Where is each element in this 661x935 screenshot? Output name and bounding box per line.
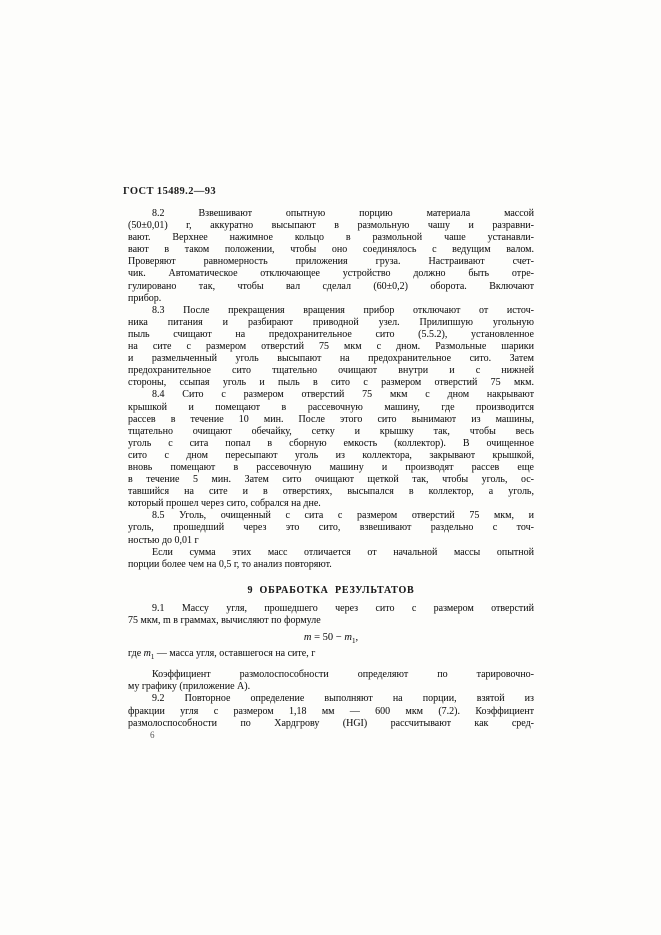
text-line: чик. Автоматическое отключающее устройст… [128,268,534,280]
formula-variable-m: m [304,632,312,643]
text-line: 8.5 Уголь, очищенный с сита с размером о… [128,510,534,522]
text-line: размолоспособности по Хардгрову (HGI) ра… [128,718,534,730]
legend-definition: — масса угля, оставшегося на сите, г [154,648,315,659]
text-line: на сите с размером отверстий 75 мкм с дн… [128,341,534,353]
text-line: гулировано так, чтобы вал сделал (60±0,2… [128,281,534,293]
section-9-heading: 9 ОБРАБОТКА РЕЗУЛЬТАТОВ [128,585,534,597]
text-line: вают. Верхнее нажимное кольцо в размольн… [128,232,534,244]
text-line: в течение 5 мин. Затем сито очищают щетк… [128,474,534,486]
formula-legend-line: где m1 — масса угля, оставшегося на сите… [128,648,534,660]
paragraph-8-5: 8.5 Уголь, очищенный с сита с размером о… [128,510,534,546]
text-line: вновь помещают в рассевочную машину и пр… [128,462,534,474]
text-line: пыль счищают на предохранительное сито (… [128,329,534,341]
text-line: крышкой и помещают в рассевочную машину,… [128,402,534,414]
text-line: уголь, прошедший через это сито, взвешив… [128,522,534,534]
paragraph-9-2: 9.2 Повторное определение выполняют на п… [128,693,534,729]
text-line: (50±0,01) г, аккуратно высыпают в размол… [128,220,534,232]
legend-variable-m1: m [144,648,151,659]
text-line: 9.2 Повторное определение выполняют на п… [128,693,534,705]
text-line: тавшийся на сите и в отверстиях, высыпал… [128,486,534,498]
paragraph-9-1: 9.1 Массу угля, прошедшего через сито с … [128,603,534,627]
paragraph-8-4: 8.4 Сито с размером отверстий 75 мкм с д… [128,389,534,510]
text-line: который прошел через сито, собрался на д… [128,498,534,510]
text-line: 8.3 После прекращения вращения прибор от… [128,305,534,317]
text-line: сито с дном пересыпают уголь из коллекто… [128,450,534,462]
text-line: уголь с сита попал в сборную емкость (ко… [128,438,534,450]
formula-variable-m1: m [344,632,352,643]
document-text-block: 8.2 Взвешивают опытную порцию материала … [128,208,534,730]
text-line: вают в таком положении, чтобы оно соедин… [128,244,534,256]
text-line: рассев в течение 10 мин. После этого сит… [128,414,534,426]
paragraph-8-3: 8.3 После прекращения вращения прибор от… [128,305,534,390]
text-line: ника питания и разбирают приводной узел.… [128,317,534,329]
paragraph-8-2: 8.2 Взвешивают опытную порцию материала … [128,208,534,305]
text-line: 75 мкм, m в граммах, вычисляют по формул… [128,615,534,627]
gost-document-page: ГОСТ 15489.2—93 8.2 Взвешивают опытную п… [0,0,661,935]
page-number: 6 [150,730,155,740]
paragraph-mass-check: Если сумма этих масс отличается от начал… [128,547,534,571]
standard-reference-header: ГОСТ 15489.2—93 [123,186,216,197]
text-line: 8.2 Взвешивают опытную порцию материала … [128,208,534,220]
text-line: Проверяют равномерность приложения груза… [128,256,534,268]
text-line: фракции угля с размером 1,18 мм — 600 мк… [128,706,534,718]
text-line: ностью до 0,01 г [128,535,534,547]
text-line: му графику (приложение А). [128,681,534,693]
legend-prefix: где [128,648,144,659]
text-line: Если сумма этих масс отличается от начал… [128,547,534,559]
text-line: 9.1 Массу угля, прошедшего через сито с … [128,603,534,615]
formula-operator: = 50 − [312,632,345,643]
text-line: Коэффициент размолоспособности определяю… [128,669,534,681]
text-line: порции более чем на 0,5 г, то анализ пов… [128,559,534,571]
paragraph-coefficient: Коэффициент размолоспособности определяю… [128,669,534,693]
text-line: и размельченный уголь высыпают на предох… [128,353,534,365]
text-line: стороны, ссыпая уголь и пыль в сито с ра… [128,377,534,389]
text-line: предохранительное сито тщательно очищают… [128,365,534,377]
text-line: прибор. [128,293,534,305]
formula-comma: , [355,632,358,643]
text-line: тщательно очищают обечайку, сетку и крыш… [128,426,534,438]
text-line: 8.4 Сито с размером отверстий 75 мкм с д… [128,389,534,401]
formula-mass: m = 50 − m1, [128,632,534,644]
